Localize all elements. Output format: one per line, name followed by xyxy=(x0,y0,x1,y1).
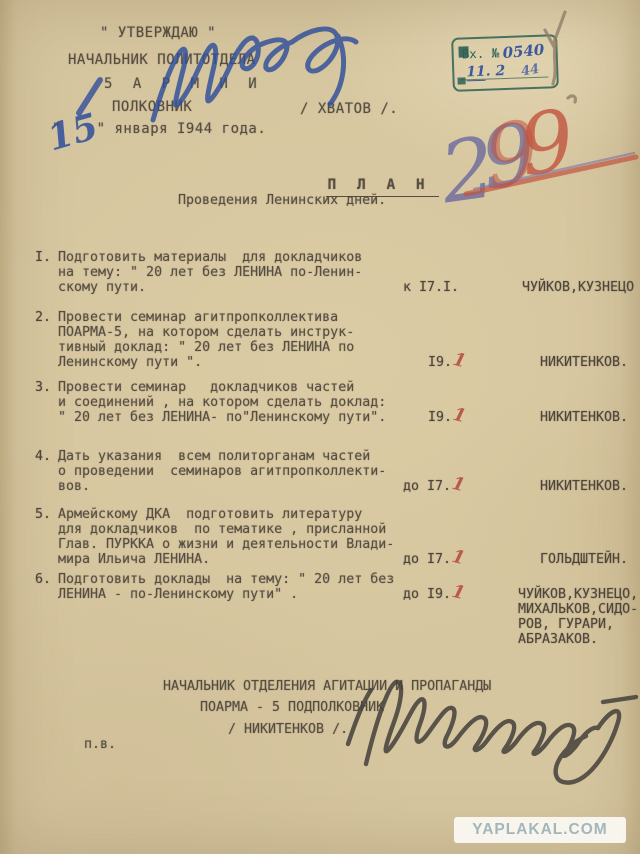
item-number: 5. xyxy=(35,507,51,522)
svg-text:2: 2 xyxy=(434,118,502,223)
document-page: " УТВЕРЖДАЮ " НАЧАЛЬНИК ПОЛИТОТДЕЛА 5 А … xyxy=(0,0,640,854)
handwritten-date-mark: 1 xyxy=(453,359,465,362)
plan-item: 3.Провести семинар докладчиков частейи с… xyxy=(0,380,640,425)
handwritten-date-mark: 1 xyxy=(452,483,464,486)
typist-note: п.в. xyxy=(84,737,116,752)
svg-text:9: 9 xyxy=(475,104,542,208)
watermark-text: YAPLAKAL.COM xyxy=(472,821,607,839)
approval-heading: " УТВЕРЖДАЮ " xyxy=(100,25,216,41)
stamp-date-month: 2 xyxy=(495,63,505,79)
item-text: Подготовить материалы для докладчиковна … xyxy=(58,250,418,295)
item-number: 6. xyxy=(35,572,51,587)
approver-name: / ХВАТОВ /. xyxy=(300,101,398,117)
item-responsible: ЧУЙКОВ,КУЗНЕЦО,МИХАЛЬКОВ,СИДО-РОВ, ГУРАР… xyxy=(518,587,638,647)
handwritten-date-mark: 1 xyxy=(452,591,464,594)
item-number: 3. xyxy=(35,380,51,395)
handwritten-date-15: 15 xyxy=(43,80,103,159)
svg-text:9: 9 xyxy=(479,102,546,206)
item-number: 4. xyxy=(35,449,51,464)
page-subtitle: Проведения Ленинских дней. xyxy=(178,193,386,208)
item-text: Дать указания всем политорганам частейо … xyxy=(58,449,418,494)
item-deadline: до I9.1 xyxy=(403,587,465,602)
plan-items: I.Подготовить материалы для докладчиковн… xyxy=(0,250,640,602)
item-responsible: НИКИТЕНКОВ. xyxy=(540,355,628,370)
page-number-underline xyxy=(466,153,636,194)
stamp-number-handwritten: 0540 xyxy=(502,41,545,63)
item-text: Провести семинар агитпропколлективаПОАРМ… xyxy=(58,310,418,370)
handwritten-date-mark: 1 xyxy=(452,556,464,559)
plan-item: 2.Провести семинар агитпропколлективаПОА… xyxy=(0,310,640,370)
item-responsible: НИКИТЕНКОВ. xyxy=(540,479,628,494)
signer-title-line1: НАЧАЛЬНИК ОТДЕЛЕНИЯ АГИТАЦИИ И ПРОПАГАНД… xyxy=(163,679,491,694)
plan-item: 4.Дать указания всем политорганам частей… xyxy=(0,449,640,494)
item-text: Подготовить доклады на тему: " 20 лет бе… xyxy=(58,572,418,602)
item-text: Армейскому ДКА подготовить литературудля… xyxy=(58,507,418,567)
signer-signature-ink xyxy=(348,682,636,783)
item-responsible: ГОЛЬДШТЕЙН. xyxy=(540,552,628,567)
plan-item: I.Подготовить материалы для докладчиковн… xyxy=(0,250,640,295)
page-number-handwritten: 2 9 9 9 xyxy=(431,91,582,223)
incoming-stamp: Вх. № 0540 11. 2 44 xyxy=(451,34,559,92)
item-number: I. xyxy=(35,250,51,265)
item-deadline: до I7.1 xyxy=(403,479,465,494)
handwritten-date-mark: 1 xyxy=(453,414,465,417)
item-number: 2. xyxy=(35,310,51,325)
item-responsible: НИКИТЕНКОВ. xyxy=(540,410,628,425)
approver-rank: ПОЛКОВНИК xyxy=(112,99,192,115)
item-responsible: ЧУЙКОВ,КУЗНЕЦО xyxy=(522,280,634,295)
item-deadline: к I7.I. xyxy=(403,280,459,295)
approver-title-line2: 5 А Р М И И xyxy=(104,76,263,92)
approver-title-line1: НАЧАЛЬНИК ПОЛИТОТДЕЛА xyxy=(68,52,256,68)
plan-item: 6.Подготовить доклады на тему: " 20 лет … xyxy=(0,572,640,602)
svg-text:9: 9 xyxy=(514,91,581,195)
watermark-badge: YAPLAKAL.COM xyxy=(454,817,626,843)
item-deadline: до I7.1 xyxy=(403,552,465,567)
signer-name: / НИКИТЕНКОВ /. xyxy=(228,722,348,737)
item-text: Провести семинар докладчиков частейи сое… xyxy=(58,380,418,425)
approval-date-typed: " " января I944 года. xyxy=(52,121,266,137)
plan-item: 5.Армейскому ДКА подготовить литературуд… xyxy=(0,507,640,567)
signer-title-line2: ПОАРМА - 5 ПОДПОЛКОВНИК xyxy=(200,700,384,715)
item-deadline: I9.1 xyxy=(428,355,466,370)
item-deadline: I9.1 xyxy=(428,410,466,425)
stamp-label: Вх. № xyxy=(461,45,499,61)
